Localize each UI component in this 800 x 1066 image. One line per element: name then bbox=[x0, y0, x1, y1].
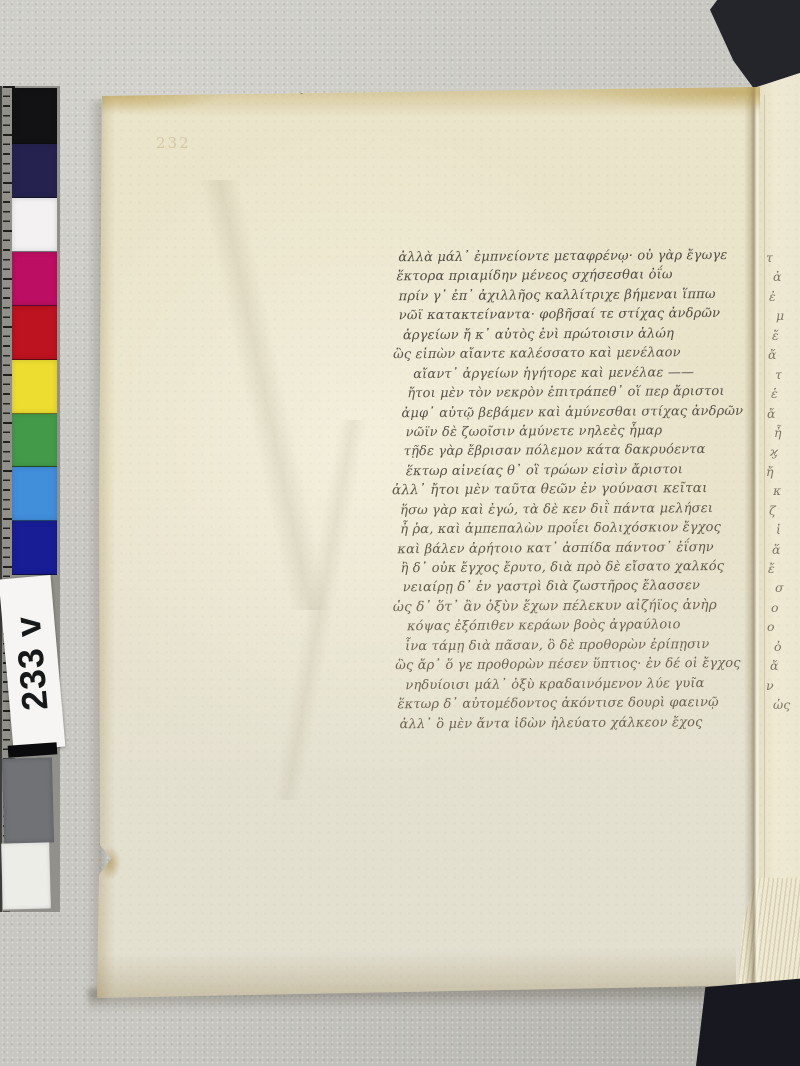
facing-page-line-fragment: ν bbox=[766, 676, 800, 695]
calibration-swatch-yellow bbox=[12, 360, 57, 414]
facing-page-line-fragment: ἔ bbox=[768, 559, 800, 578]
manuscript-line: ὡς δ᾽ ὅτ᾽ ἂν ὀξὺν ἔχων πέλεκυν αἰζήϊος ἀ… bbox=[393, 596, 765, 618]
manuscript-line: νειαίρῃ δ᾽ ἐν γαστρὶ διὰ ζωστῆρος ἔλασσε… bbox=[403, 576, 765, 598]
calibration-swatch-sky-blue bbox=[12, 467, 57, 521]
manuscript-line: ἀλλ᾽ ἤτοι μὲν ταῦτα θεῶν ἐν γούνασι κεῖτ… bbox=[392, 479, 764, 501]
color-calibration-bar bbox=[12, 88, 57, 575]
facing-page-line-fragment: ἑ bbox=[771, 384, 800, 403]
manuscript-line: καὶ βάλεν ἀρήτοιο κατ᾽ ἀσπίδα πάντοσ᾽ ἐΐ… bbox=[397, 537, 764, 559]
calibration-gray-patch bbox=[2, 757, 54, 843]
calibration-swatch-black bbox=[12, 88, 57, 144]
manuscript-line: ἀμφ᾽ αὐτῷ βεβάμεν καὶ ἀμύνεσθαι στίχας ἀ… bbox=[401, 401, 763, 423]
parchment-wrinkle bbox=[140, 180, 390, 610]
calibration-swatch-red bbox=[12, 306, 57, 360]
facing-page-line-fragment: ο bbox=[767, 617, 800, 636]
manuscript-line: αἴαντ᾽ ἀργείων ἡγήτορε καὶ μενέλαε —— bbox=[413, 362, 763, 384]
fore-edge-line bbox=[764, 95, 765, 955]
manuscript-photograph: 232 ἀλλὰ μάλ᾽ ἐμπνείοντε μεταφρένῳ· οὐ γ… bbox=[0, 0, 800, 1066]
facing-page-line-fragment: σ bbox=[775, 578, 800, 597]
facing-page-line-fragment: ἄ bbox=[768, 345, 800, 364]
open-book: 232 ἀλλὰ μάλ᾽ ἐμπνείοντε μεταφρένῳ· οὐ γ… bbox=[0, 0, 800, 1066]
calibration-swatch-navy bbox=[12, 144, 57, 198]
manuscript-line: ἀλλὰ μάλ᾽ ἐμπνείοντε μεταφρένῳ· οὐ γὰρ ἔ… bbox=[398, 246, 762, 268]
facing-page-line-fragment: τ bbox=[775, 365, 800, 384]
ink-speck bbox=[300, 91, 303, 94]
manuscript-line: πρίν γ᾽ ἐπ᾽ ἀχιλλῆος καλλίτριχε βήμεναι … bbox=[399, 285, 763, 307]
faint-foliation-number: 232 bbox=[156, 134, 191, 152]
manuscript-line: νῶϊν δὲ ζωοῖσιν ἀμύνετε νηλεὲς ἦμαρ bbox=[406, 421, 764, 443]
facing-page-line-fragment: ἰ bbox=[776, 520, 800, 539]
facing-page-line-fragment: κ bbox=[773, 481, 800, 500]
facing-page-line-fragment: ἀ bbox=[773, 267, 800, 286]
facing-page-edge bbox=[756, 73, 800, 986]
manuscript-line: ἦ ῥα, καὶ ἀμπεπαλὼν προΐει δολιχόσκιον ἔ… bbox=[400, 518, 764, 540]
facing-page-line-fragment: ϗ bbox=[770, 442, 800, 461]
calibration-swatch-dark-blue bbox=[12, 521, 57, 575]
gutter-crease bbox=[744, 85, 760, 987]
calibration-swatch-magenta bbox=[12, 252, 57, 306]
facing-page-text-fragments: τἀἐμἔἄτἑἄἦϗἤκζἰἅἔσοοὀἄνὡς bbox=[766, 248, 800, 715]
manuscript-line: κόψας ἐξόπιθεν κεράων βοὸς ἀγραύλοιο bbox=[407, 615, 765, 637]
facing-page-line-fragment: ἦ bbox=[774, 423, 800, 442]
facing-page-line-fragment: μ bbox=[776, 306, 800, 325]
calibration-swatch-green bbox=[12, 414, 57, 467]
parchment-top-discoloration bbox=[100, 87, 760, 117]
folio-label-text: 233 v bbox=[7, 614, 57, 712]
manuscript-line: νηδυίοισι μάλ᾽ ὀξὺ κραδαινόμενον λύε γυῖ… bbox=[405, 673, 765, 695]
manuscript-line: ἕκτορα πριαμίδην μένεος σχήσεσθαι ὀΐω bbox=[396, 265, 762, 287]
facing-page-line-fragment: ζ bbox=[769, 501, 800, 520]
facing-page-line-fragment: ἤ bbox=[766, 462, 800, 481]
manuscript-line: ἤτοι μὲν τὸν νεκρὸν ἐπιτράπεθ᾽ οἵ περ ἄρ… bbox=[407, 382, 763, 404]
manuscript-line: ἕκτωρ αἰνείας θ᾽ οἳ τρώων εἰσὶν ἄριστοι bbox=[406, 460, 764, 482]
facing-page-line-fragment: ἔ bbox=[772, 326, 800, 345]
facing-page-line-fragment: ὡς bbox=[773, 695, 800, 714]
facing-page-line-fragment: ὀ bbox=[774, 637, 800, 656]
facing-page-line-fragment: ο bbox=[771, 598, 800, 617]
manuscript-line: ἣ δ᾽ οὐκ ἔγχος ἔρυτο, διὰ πρὸ δὲ εἴσατο … bbox=[400, 557, 764, 579]
manuscript-line: ἀλλ᾽ ὃ μὲν ἄντα ἰδὼν ἠλεύατο χάλκεον ἔχο… bbox=[400, 712, 766, 734]
facing-page-line-fragment: ἅ bbox=[772, 540, 800, 559]
fore-edge-pages-bottom bbox=[738, 878, 800, 988]
calibration-swatch-white bbox=[12, 198, 57, 252]
manuscript-line: τῇδε γὰρ ἔβρισαν πόλεμον κάτα δακρυόεντα bbox=[404, 440, 764, 462]
facing-page-line-fragment: ἄ bbox=[767, 404, 800, 423]
facing-page-line-fragment: ἄ bbox=[770, 656, 800, 675]
manuscript-text-block: ἀλλὰ μάλ᾽ ἐμπνείοντε μεταφρένῳ· οὐ γὰρ ἔ… bbox=[390, 246, 765, 735]
calibration-white-patch bbox=[1, 842, 51, 909]
manuscript-line: ἶνα τάμῃ διὰ πᾶσαν, ὃ δὲ προθορὼν ἐρίπῃσ… bbox=[405, 634, 765, 656]
facing-page-line-fragment: τ bbox=[766, 248, 800, 267]
manuscript-line: νῶϊ κατακτείναντα· φοβῆσαί τε στίχας ἀνδ… bbox=[399, 304, 763, 326]
parchment-wrinkle bbox=[210, 420, 430, 800]
facing-page-line-fragment: ἐ bbox=[769, 287, 800, 306]
manuscript-line: ὣς ἄρ᾽ ὅ γε προθορὼν πέσεν ὕπτιος· ἐν δέ… bbox=[395, 654, 765, 676]
ink-speck bbox=[136, 88, 140, 92]
manuscript-line: ἀργείων ἤ κ᾽ αὐτὸς ἐνὶ πρώτοισιν ἁλώη bbox=[403, 323, 763, 345]
manuscript-line: ὣς εἰπὼν αἴαντε καλέσσατο καὶ μενέλαον bbox=[393, 343, 763, 365]
manuscript-line: ἥσω γὰρ καὶ ἐγώ, τὰ δὲ κεν διῒ πάντα μελ… bbox=[400, 498, 764, 520]
manuscript-line: ἕκτωρ δ᾽ αὐτομέδοντος ἀκόντισε δουρὶ φαε… bbox=[397, 693, 765, 715]
